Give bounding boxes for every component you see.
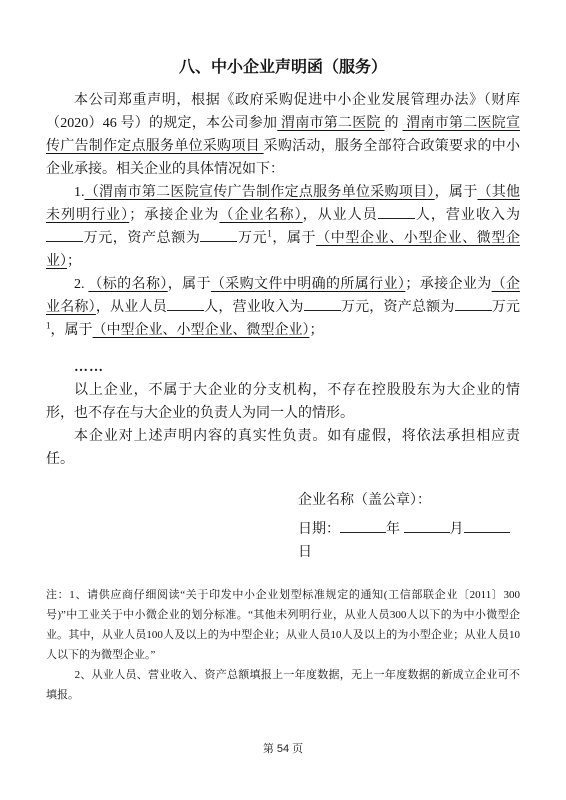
text-segment: 万元 [237,231,267,246]
fill-in-blank [464,519,510,533]
underlined-text: （企业名称） [219,208,302,223]
text-segment: 万元，资产总额为 [83,231,200,246]
responsibility-paragraph: 本企业对上述声明内容的真实性负责。如有虚假，将依法承担相应责任。 [46,425,520,471]
fill-in-blank [404,519,450,533]
page-number: 第 54 页 [0,740,566,756]
text-segment: 的 [385,116,403,131]
fill-in-blank [167,297,204,311]
text-segment: ； [67,254,81,269]
document-title: 八、中小企业声明函（服务） [46,58,520,78]
note-2: 2、从业人员、营业收入、资产总额填报上一年度数据，无上一年度数据的新成立企业可不… [46,665,520,705]
fill-in-blank [455,297,492,311]
underlined-text: （渭南市第二医院宣传广告制作定点服务单位采购项目） [85,185,435,200]
text-segment: 年 [386,522,404,537]
text-segment: ；承接企业为 [129,208,219,223]
text-segment: 人，营业收入为 [204,300,304,315]
underlined-text: （标的名称） [88,277,167,292]
fill-in-blank [340,519,386,533]
item-2-paragraph: 2. （标的名称），属于（采购文件中明确的所属行业）；承接企业为（企业名称），从… [46,273,520,342]
fill-in-blank [304,297,341,311]
signature-block: 企业名称（盖公章）： 日期：年 月日 [298,489,520,564]
underlined-text: （采购文件中明确的所属行业） [211,277,405,292]
no-large-enterprise-paragraph: 以上企业，不属于大企业的分支机构，不存在控股股东为大企业的情形，也不存在与大企业… [46,379,520,425]
underlined-text: 渭南市第二医院 [277,116,384,131]
text-segment: ，属于 [272,231,316,246]
text-segment: 日期： [298,522,340,537]
text-segment: ，从业人员 [96,300,167,315]
text-segment: 日 [298,545,312,560]
date-line: 日期：年 月日 [298,518,520,564]
fill-in-blank [378,205,415,219]
company-seal-line: 企业名称（盖公章）： [298,489,520,512]
text-segment: ，属于 [435,185,478,200]
text-segment: ，从业人员 [303,208,378,223]
text-segment: ，属于 [168,277,211,292]
underlined-text: （中型企业、小型企业、微型企业） [93,323,310,338]
text-segment: ，属于 [51,323,93,338]
note-1: 注：1、请供应商仔细阅读“关于印发中小企业划型标准规定的通知(工信部联企业〔20… [46,585,520,665]
text-segment: ； [310,323,324,338]
document-page: 八、中小企业声明函（服务） 本公司郑重声明，根据《政府采购促进中小企业发展管理办… [0,0,566,800]
fill-in-blank [46,228,83,242]
notes-section: 注：1、请供应商仔细阅读“关于印发中小企业划型标准规定的通知(工信部联企业〔20… [46,585,520,705]
text-segment: 2. [74,277,88,292]
ellipsis-line: …… [46,356,520,379]
text-segment: 万元 [492,300,520,315]
text-segment: 人，营业收入为 [415,208,520,223]
text-segment: 万元，资产总额为 [341,300,455,315]
text-segment: 1. [74,185,85,200]
intro-paragraph: 本公司郑重声明，根据《政府采购促进中小企业发展管理办法》（财库（2020）46 … [46,89,520,181]
text-segment: 月 [450,522,464,537]
text-segment: ；承接企业为 [405,277,491,292]
fill-in-blank [200,228,237,242]
item-1-paragraph: 1.（渭南市第二医院宣传广告制作定点服务单位采购项目），属于（其他未列明行业）；… [46,181,520,273]
